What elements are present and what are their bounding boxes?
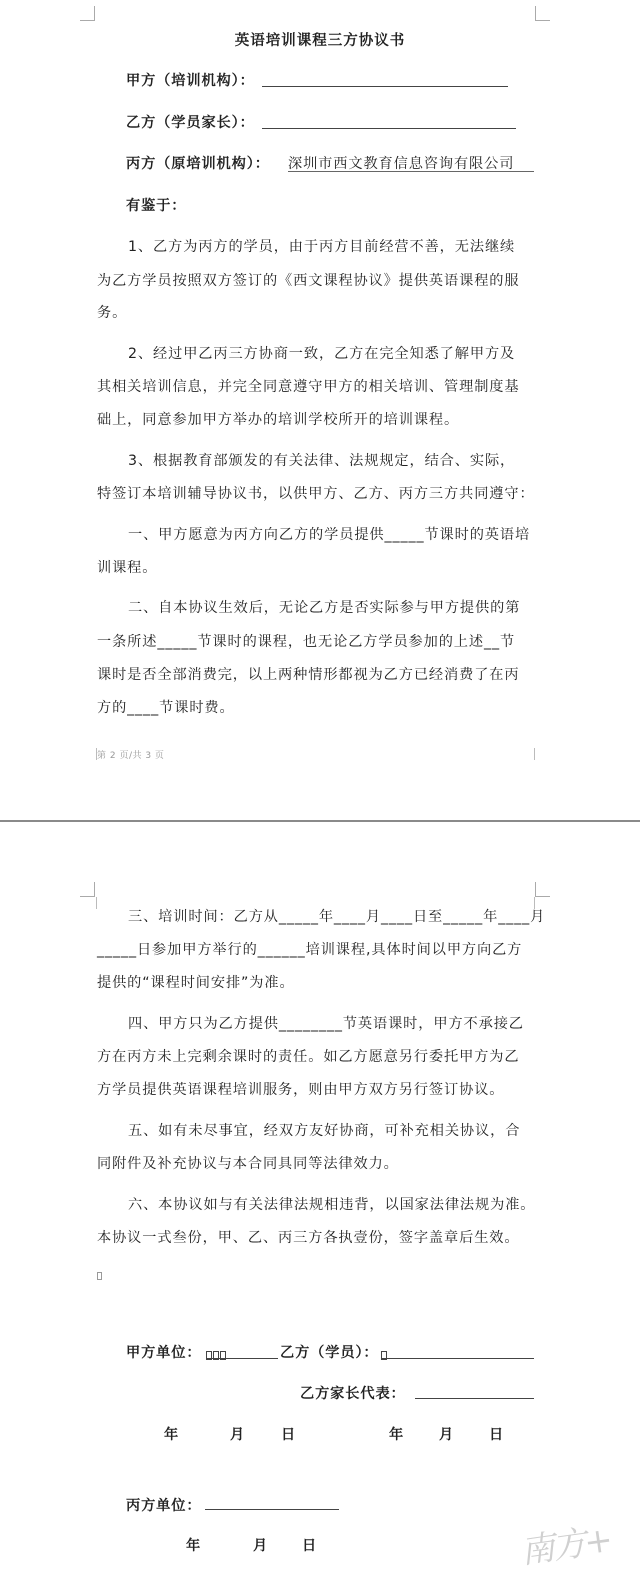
date-month-2: 月 bbox=[439, 1424, 454, 1444]
clause-3-line-2: 特签订本培训辅导协议书，以供甲方、乙方、丙方三方共同遵守： bbox=[97, 483, 535, 503]
party-a-unit-input-line[interactable] bbox=[206, 1358, 278, 1359]
date-year-2: 年 bbox=[389, 1424, 404, 1444]
date-month-3: 月 bbox=[253, 1535, 268, 1555]
page-number-footer: 第 2 页/共 3 页 bbox=[97, 748, 164, 761]
date-day-2: 日 bbox=[489, 1424, 504, 1444]
article-4-line-1: 四、甲方只为乙方提供________节英语课时，甲方不承接乙 bbox=[128, 1013, 524, 1033]
party-b-student-label: 乙方（学员）： bbox=[280, 1342, 379, 1362]
party-a-label: 甲方（培训机构）： bbox=[126, 70, 255, 90]
article-1-line-1: 一、甲方愿意为丙方向乙方的学员提供_____节课时的英语培 bbox=[128, 524, 530, 544]
party-b-label: 乙方（学员家长）： bbox=[126, 112, 255, 132]
date-year-1: 年 bbox=[164, 1424, 179, 1444]
party-c-value: 深圳市西文教育信息咨询有限公司 bbox=[288, 153, 514, 173]
date-day-3: 日 bbox=[302, 1535, 317, 1555]
whereas-heading: 有鉴于： bbox=[126, 195, 186, 215]
party-b-parent-label: 乙方家长代表： bbox=[300, 1383, 406, 1403]
article-2-line-4: 方的____节课时费。 bbox=[97, 697, 235, 717]
article-3-line-2: _____日参加甲方举行的______培训课程,具体时间以甲方向乙方 bbox=[97, 939, 522, 959]
party-b-parent-input-line[interactable] bbox=[415, 1398, 534, 1399]
article-4-line-3: 方学员提供英语课程培训服务，则由甲方双方另行签订协议。 bbox=[97, 1079, 504, 1099]
margin-corner-mark bbox=[535, 882, 550, 897]
clause-2-line-3: 础上，同意参加甲方举办的培训学校所开的培训课程。 bbox=[97, 409, 459, 429]
article-3-line-1: 三、培训时间：乙方从_____年____月____日至_____年____月 bbox=[128, 906, 545, 926]
date-day-1: 日 bbox=[281, 1424, 296, 1444]
clause-1-line-1: 1、乙方为丙方的学员，由于丙方目前经营不善，无法继续 bbox=[128, 236, 515, 256]
article-3-line-3: 提供的“课程时间安排”为准。 bbox=[97, 972, 295, 992]
party-b-student-input-line[interactable] bbox=[381, 1358, 534, 1359]
party-a-input-line[interactable] bbox=[262, 86, 508, 87]
article-5-line-1: 五、如有未尽事宜，经双方友好协商，可补充相关协议，合 bbox=[128, 1120, 520, 1140]
document-page-1: 英语培训课程三方协议书 甲方（培训机构）： 乙方（学员家长）： 丙方（原培训机构… bbox=[0, 0, 640, 820]
date-month-1: 月 bbox=[230, 1424, 245, 1444]
date-year-3: 年 bbox=[186, 1535, 201, 1555]
party-b-student-glyph bbox=[381, 1344, 388, 1363]
party-c-unit-label: 丙方单位： bbox=[126, 1495, 201, 1515]
clause-3-line-1: 3、根据教育部颁发的有关法律、法规规定，结合、实际， bbox=[128, 450, 515, 470]
header-margin-mark bbox=[96, 897, 97, 909]
article-2-line-2: 一条所述_____节课时的课程，也无论乙方学员参加的上述__节 bbox=[97, 631, 515, 651]
party-c-underline bbox=[288, 171, 534, 172]
document-title: 英语培训课程三方协议书 bbox=[0, 29, 640, 50]
margin-corner-mark bbox=[80, 882, 95, 897]
margin-corner-mark bbox=[535, 6, 550, 21]
article-6-line-2: 本协议一式叁份，甲、乙、丙三方各执壹份，签字盖章后生效。 bbox=[97, 1227, 519, 1247]
article-5-line-2: 同附件及补充协议与本合同具同等法律效力。 bbox=[97, 1153, 399, 1173]
article-4-line-2: 方在丙方未上完剩余课时的责任。如乙方愿意另行委托甲方为乙 bbox=[97, 1046, 519, 1066]
article-2-line-3: 课时是否全部消费完，以上两种情形都视为乙方已经消费了在丙 bbox=[97, 664, 519, 684]
party-a-unit-glyphs bbox=[206, 1344, 227, 1363]
party-b-input-line[interactable] bbox=[262, 128, 516, 129]
missing-glyph-mark bbox=[97, 1264, 103, 1283]
clause-1-line-3: 务。 bbox=[97, 302, 127, 322]
party-c-label: 丙方（原培训机构）： bbox=[126, 153, 270, 173]
footer-margin-mark bbox=[534, 748, 535, 760]
clause-2-line-2: 其相关培训信息，并完全同意遵守甲方的相关培训、管理制度基 bbox=[97, 376, 519, 396]
clause-1-line-2: 为乙方学员按照双方签订的《西文课程协议》提供英语课程的服 bbox=[97, 270, 519, 290]
article-1-line-2: 训课程。 bbox=[97, 557, 157, 577]
party-c-unit-input-line[interactable] bbox=[205, 1509, 339, 1510]
clause-2-line-1: 2、经过甲乙丙三方协商一致，乙方在完全知悉了解甲方及 bbox=[128, 343, 515, 363]
article-6-line-1: 六、本协议如与有关法律法规相违背，以国家法律法规为准。 bbox=[128, 1194, 535, 1214]
party-a-unit-label: 甲方单位： bbox=[126, 1342, 201, 1362]
article-2-line-1: 二、自本协议生效后，无论乙方是否实际参与甲方提供的第 bbox=[128, 597, 520, 617]
margin-corner-mark bbox=[80, 6, 95, 21]
